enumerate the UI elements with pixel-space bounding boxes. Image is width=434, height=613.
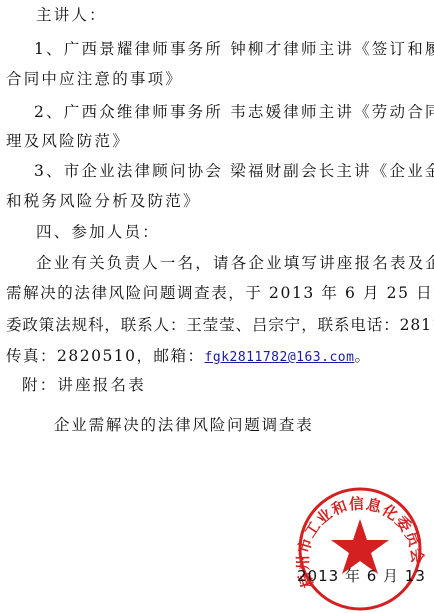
speaker-3-line1: 3、市企业法律顾问协会 梁福财副会长主讲《企业金融 xyxy=(34,161,434,181)
participants-line3: 委政策法规科，联系人：王莹莹、吕宗宁，联系电话：2811782， xyxy=(6,315,434,335)
speaker-3-line2: 和税务风险分析及防范》 xyxy=(6,191,201,211)
participants-line2: 需解决的法律风险问题调查表，于 2013 年 6 月 25 日前报我 xyxy=(6,283,434,303)
attachment-2: 企业需解决的法律风险问题调查表 xyxy=(54,415,314,435)
participants-line4: 传真：2820510，邮箱：fgk2811782@163.com。 xyxy=(6,346,371,368)
participants-line1: 企业有关负责人一名，请各企业填写讲座报名表及企业 xyxy=(36,253,434,273)
speaker-2-line1: 2、广西众维律师事务所 韦志媛律师主讲《劳动合同管 xyxy=(34,102,434,122)
official-seal-icon: 梧州市工业和信息化委员会 xyxy=(290,487,430,613)
line4-suffix: 。 xyxy=(354,347,371,365)
speaker-1-line1: 1、广西景耀律师事务所 钟柳才律师主讲《签订和履行 xyxy=(34,39,434,59)
fax-label: 传真：2820510，邮箱： xyxy=(6,347,205,365)
email-link[interactable]: fgk2811782@163.com xyxy=(205,350,355,365)
speaker-1-line2: 合同中应注意的事项》 xyxy=(6,69,183,89)
speaker-2-line2: 理及风险防范》 xyxy=(6,131,130,151)
attachments-label: 附：讲座报名表 xyxy=(22,375,146,395)
document-date: 2013 年 6 月 13 日 xyxy=(297,565,434,586)
speakers-heading: 主讲人： xyxy=(36,5,107,25)
participants-heading: 四、参加人员： xyxy=(36,222,160,242)
